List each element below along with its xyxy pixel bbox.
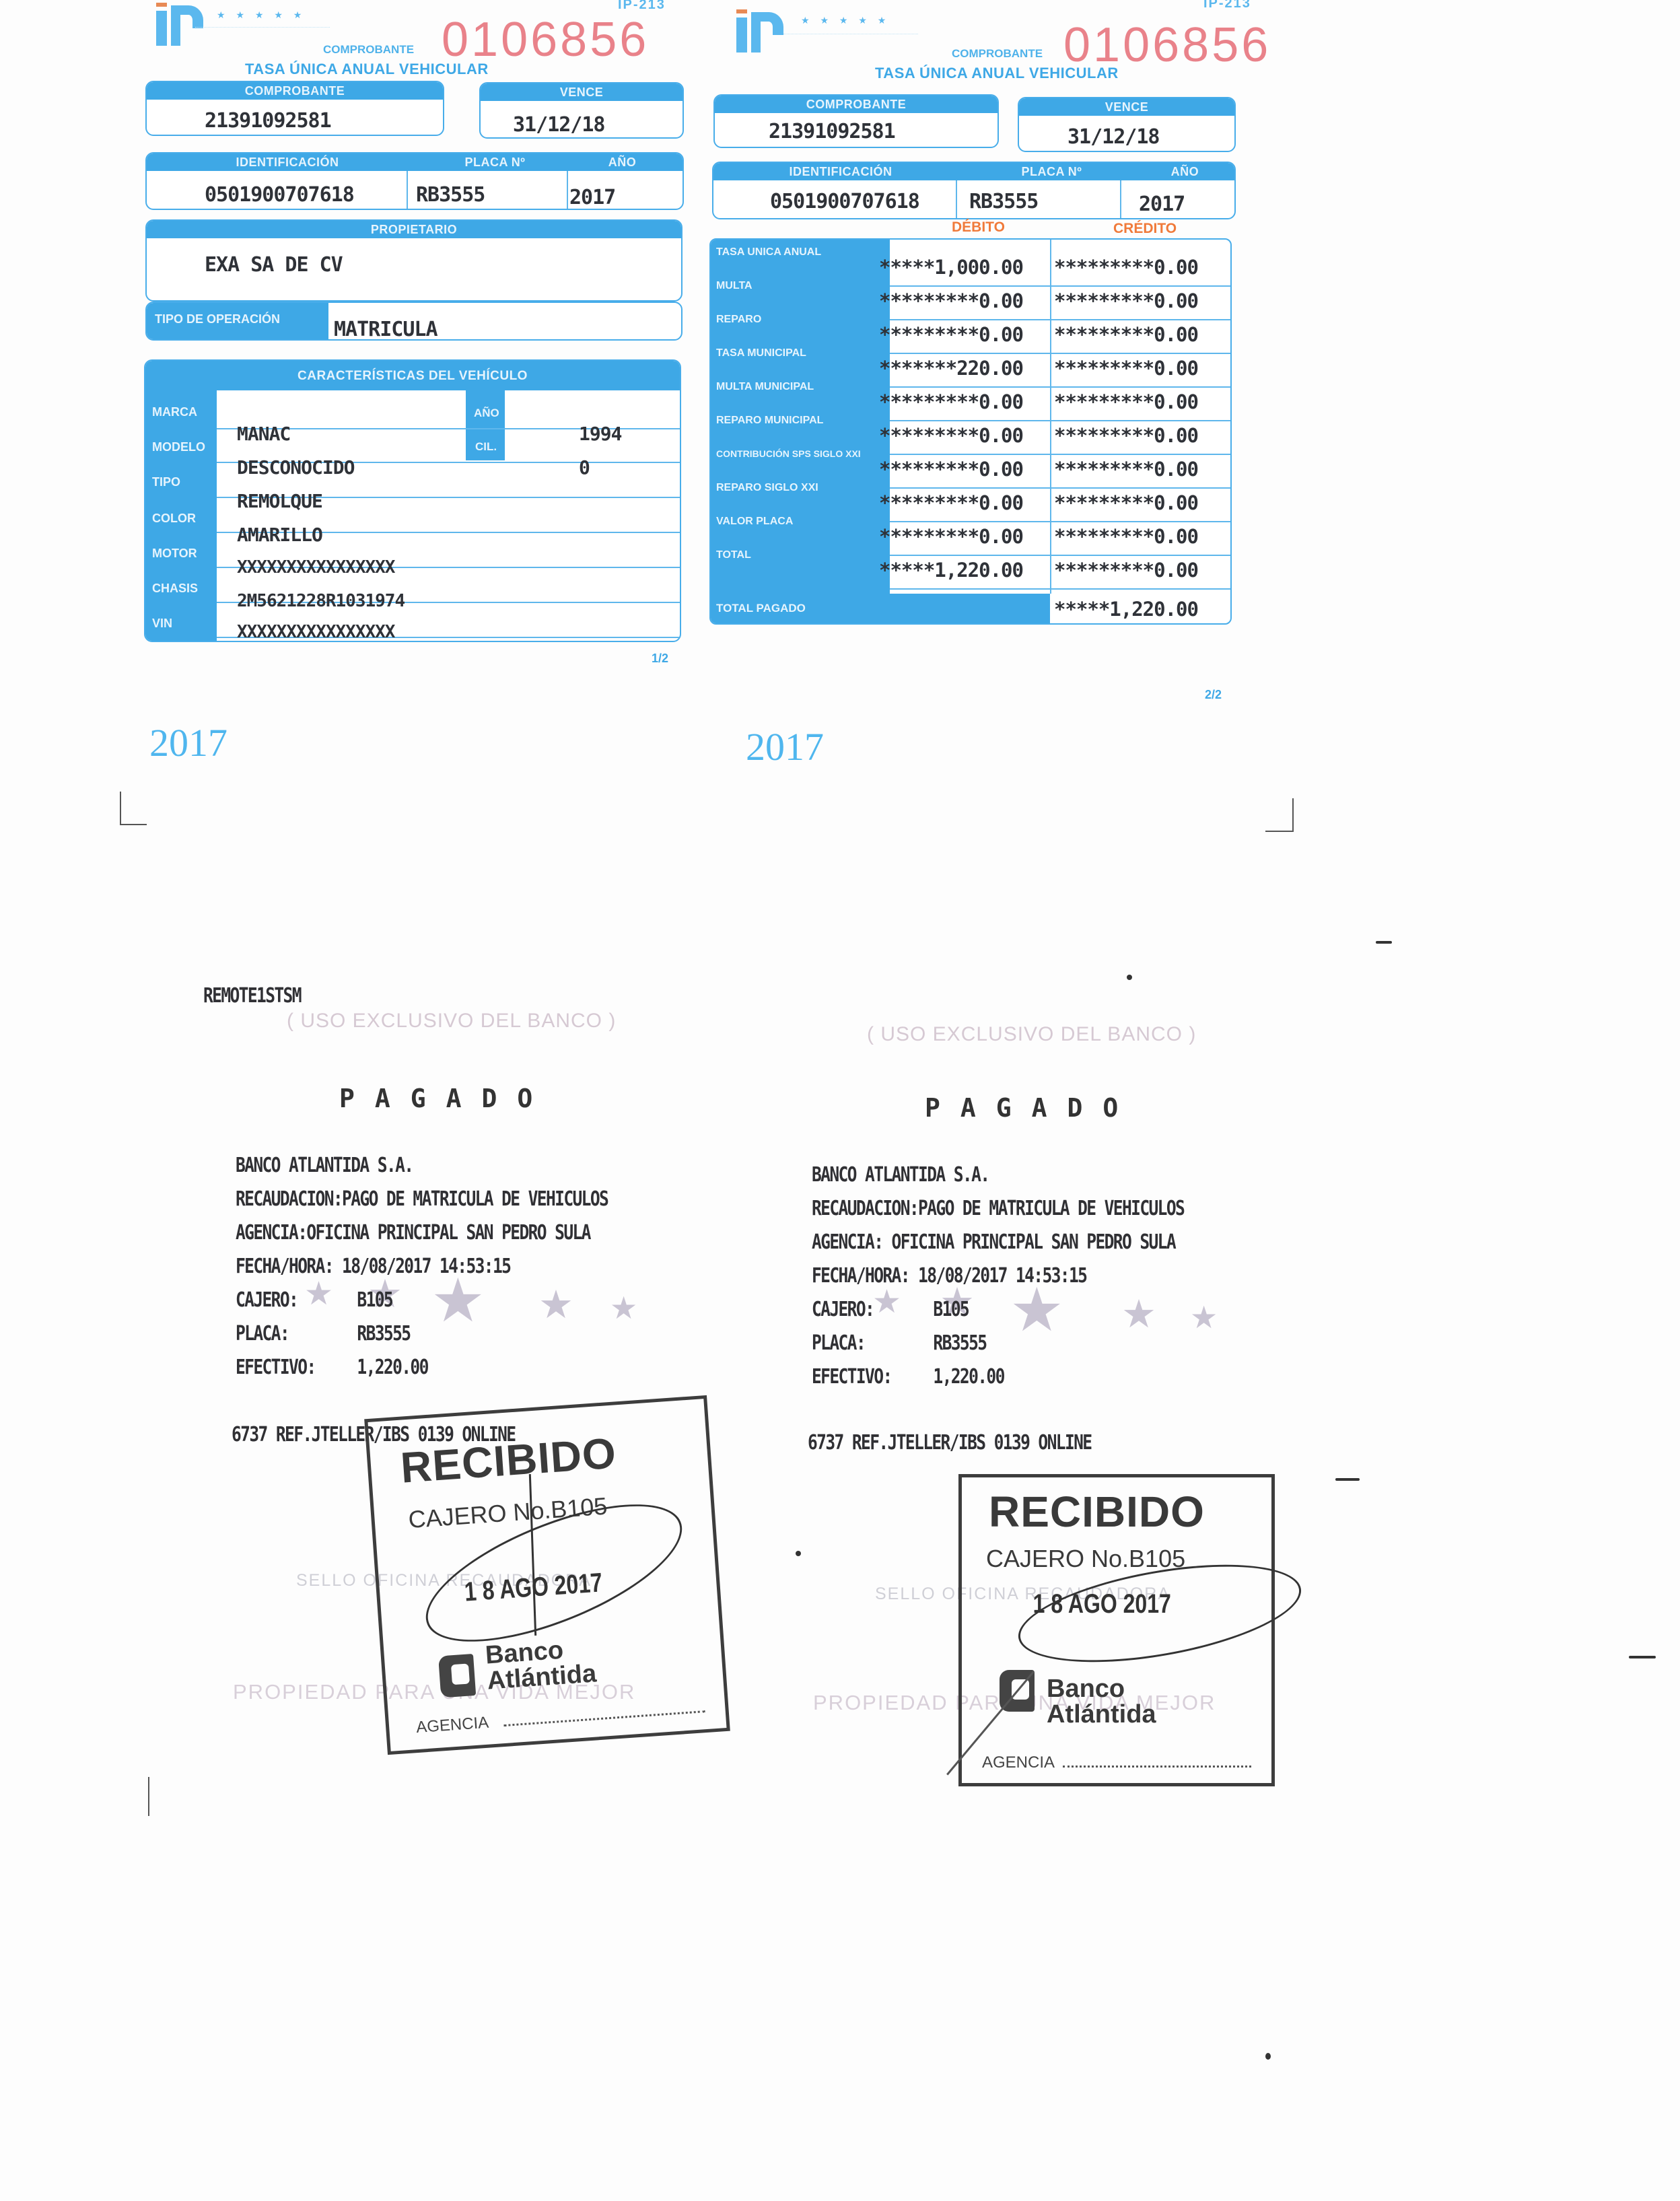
charge-debito: *********0.00 (879, 289, 1023, 312)
charge-label: MULTA (716, 280, 753, 292)
year-watermark: 2017 (149, 720, 228, 765)
credito-header: CRÉDITO (1113, 221, 1177, 237)
bank-name: BANCO ATLANTIDA S.A. (812, 1163, 989, 1187)
ip-logo (736, 9, 785, 54)
institution-name (195, 27, 330, 32)
fecha-hora-line: FECHA/HORA: 18/08/2017 14:53:15 (812, 1264, 1086, 1288)
vin-label: VIN (152, 617, 172, 631)
crop-mark (1292, 798, 1294, 832)
agencia-line: AGENCIA:OFICINA PRINCIPAL SAN PEDRO SULA (236, 1221, 590, 1245)
placa-line: PLACA:RB3555 (236, 1322, 410, 1346)
institution-name (783, 34, 918, 38)
color-value: AMARILLO (237, 524, 322, 546)
tipo-operacion-value: MATRICULA (334, 318, 438, 341)
charge-debito: *********0.00 (879, 491, 1023, 514)
motor-label: MOTOR (152, 547, 197, 561)
motor-value: XXXXXXXXXXXXXXXX (237, 557, 394, 578)
vin-value: XXXXXXXXXXXXXXXX (237, 622, 394, 642)
comprobante-box: COMPROBANTE 21391092581 (145, 81, 444, 136)
scan-speck (1265, 2053, 1271, 2060)
serial-number: 0106856 (442, 12, 649, 67)
stamp-agencia: AGENCIA (415, 1714, 489, 1737)
institution-stars: ★ ★ ★ ★ ★ (801, 15, 890, 26)
vehiculo-anio-label: AÑO (474, 407, 499, 420)
charge-label: CONTRIBUCIÓN SPS SIGLO XXI (716, 448, 861, 459)
scan-speck (1335, 1478, 1360, 1481)
charge-debito: *****1,220.00 (879, 559, 1023, 582)
stamp-cajero: CAJERO No.B105 (986, 1545, 1185, 1573)
agencia-line: AGENCIA: OFICINA PRINCIPAL SAN PEDRO SUL… (812, 1230, 1175, 1254)
anio-value: 2017 (1139, 193, 1185, 216)
charge-label: REPARO (716, 314, 761, 326)
terminal-id: REMOTE1STSM (203, 984, 301, 1008)
status-paid: PAGADO (925, 1093, 1138, 1123)
uso-exclusivo-label: ( USO EXCLUSIVO DEL BANCO ) (867, 1023, 1196, 1046)
debito-header: DÉBITO (952, 219, 1005, 236)
placa-label: PLACA Nº (428, 153, 562, 171)
charge-credito: *********0.00 (1054, 525, 1198, 548)
stamp-bank-line2: Atlántida (487, 1661, 598, 1693)
ip-logo (156, 3, 205, 47)
charge-label: TASA UNICA ANUAL (716, 246, 821, 258)
chasis-value: 2M5621228R1031974 (237, 591, 405, 611)
identificacion-label: IDENTIFICACIÓN (147, 153, 428, 171)
charge-label: MULTA MUNICIPAL (716, 381, 814, 393)
comprobante-value: 21391092581 (769, 120, 895, 143)
stamp-bank-line1: Banco (1047, 1677, 1125, 1701)
charge-label: REPARO SIGLO XXI (716, 482, 818, 494)
tipo-operacion-label: TIPO DE OPERACIÓN (147, 303, 328, 341)
scan-speck (796, 1551, 801, 1556)
vehiculo-labels: MARCA MODELO TIPO COLOR MOTOR CHASIS VIN (145, 390, 217, 642)
status-paid: PAGADO (339, 1084, 553, 1113)
propietario-box: PROPIETARIO EXA SA DE CV (145, 219, 682, 302)
page-number: 2/2 (1205, 688, 1222, 702)
form-title: TASA ÚNICA ANUAL VEHICULAR (875, 65, 1119, 82)
marca-value: MANAC (237, 423, 290, 445)
tipo-value: REMOLQUE (237, 490, 322, 512)
placa-value: RB3555 (416, 183, 485, 207)
uso-exclusivo-label: ( USO EXCLUSIVO DEL BANCO ) (287, 1010, 616, 1033)
scan-speck (1127, 975, 1132, 980)
efectivo-line: EFECTIVO:1,220.00 (236, 1356, 428, 1379)
star-icon: ★ (1121, 1291, 1156, 1337)
recaudacion-line: RECAUDACION:PAGO DE MATRICULA DE VEHICUL… (812, 1197, 1184, 1220)
charge-debito: *********0.00 (879, 323, 1023, 346)
serial-label: COMPROBANTE (323, 43, 414, 57)
charge-label: VALOR PLACA (716, 516, 793, 528)
chasis-label: CHASIS (152, 582, 198, 596)
vence-label: VENCE (1019, 98, 1234, 116)
form-code: IP-213 (618, 0, 666, 13)
marca-label: MARCA (152, 405, 197, 419)
vehiculo-box: CARACTERÍSTICAS DEL VEHÍCULO MARCA MODEL… (144, 359, 681, 642)
charge-credito: *********0.00 (1054, 458, 1198, 481)
cajero-line: CAJERO:B105 (812, 1298, 969, 1321)
vence-box: VENCE 31/12/18 (479, 82, 684, 139)
scan-speck (1376, 941, 1392, 944)
vence-value: 31/12/18 (1067, 125, 1160, 149)
charge-credito: *********0.00 (1054, 289, 1198, 312)
page-number: 1/2 (652, 652, 668, 666)
star-icon: ★ (610, 1290, 637, 1326)
anio-cil-labels: AÑO CIL. (466, 390, 505, 460)
comprobante-label: COMPROBANTE (147, 82, 443, 100)
vence-label: VENCE (481, 83, 682, 101)
anio-label: AÑO (1135, 163, 1234, 180)
charge-debito: *********0.00 (879, 458, 1023, 481)
charge-debito: *********0.00 (879, 525, 1023, 548)
star-icon: ★ (538, 1282, 573, 1327)
vehiculo-header: CARACTERÍSTICAS DEL VEHÍCULO (145, 361, 680, 390)
charge-debito: *********0.00 (879, 390, 1023, 413)
charge-debito: *******220.00 (879, 357, 1023, 380)
stamp-bank-line2: Atlántida (1047, 1702, 1156, 1726)
anio-label: AÑO (562, 153, 682, 171)
color-label: COLOR (152, 512, 196, 526)
reference-line: 6737 REF.JTELLER/IBS 0139 ONLINE (808, 1431, 1091, 1455)
identificacion-value: 0501900707618 (770, 190, 919, 213)
cajero-line: CAJERO:B105 (236, 1288, 392, 1312)
charge-credito: *********0.00 (1054, 323, 1198, 346)
charge-debito: *********0.00 (879, 424, 1023, 447)
stamp-agencia: AGENCIA (982, 1753, 1055, 1772)
banco-atlantida-logo-icon (438, 1654, 476, 1698)
star-icon: ★ (1190, 1299, 1218, 1335)
crop-mark (120, 824, 147, 825)
stamp-title: RECIBIDO (989, 1487, 1205, 1537)
total-pagado-value: *****1,220.00 (1054, 598, 1198, 621)
tipo-operacion-box: TIPO DE OPERACIÓN MATRICULA (145, 302, 682, 341)
identificacion-value: 0501900707618 (205, 183, 354, 207)
placa-value: RB3555 (969, 190, 1038, 213)
charge-credito: *********0.00 (1054, 424, 1198, 447)
year-watermark: 2017 (746, 724, 824, 769)
modelo-label: MODELO (152, 440, 205, 454)
identificacion-box: IDENTIFICACIÓN PLACA Nº AÑO 050190070761… (145, 152, 684, 210)
crop-mark (1265, 831, 1292, 832)
anio-value: 2017 (569, 186, 615, 209)
tipo-label: TIPO (152, 475, 180, 489)
identificacion-box: IDENTIFICACIÓN PLACA Nº AÑO 050190070761… (712, 162, 1236, 219)
vence-value: 31/12/18 (513, 113, 605, 137)
identificacion-label: IDENTIFICACIÓN (713, 163, 968, 180)
charge-credito: *********0.00 (1054, 491, 1198, 514)
stamp-title: RECIBIDO (399, 1428, 618, 1492)
crop-mark (120, 792, 121, 825)
efectivo-line: EFECTIVO:1,220.00 (812, 1365, 1004, 1389)
vehiculo-anio-value: 1994 (579, 423, 621, 445)
charge-label: REPARO MUNICIPAL (716, 415, 823, 427)
charge-debito: *****1,000.00 (879, 256, 1023, 279)
vehiculo-cil-label: CIL. (475, 440, 497, 454)
charge-credito: *********0.00 (1054, 390, 1198, 413)
comprobante-label: COMPROBANTE (715, 96, 998, 113)
vehiculo-cil-value: 0 (579, 456, 590, 479)
comprobante-value: 21391092581 (205, 109, 331, 133)
propietario-label: PROPIETARIO (147, 221, 681, 238)
total-pagado-label: TOTAL PAGADO (716, 602, 806, 615)
bank-name: BANCO ATLANTIDA S.A. (236, 1154, 413, 1177)
modelo-value: DESCONOCIDO (237, 456, 354, 479)
placa-label: PLACA Nº (968, 163, 1135, 180)
charge-label: TASA MUNICIPAL (716, 347, 806, 359)
form-code: IP-213 (1203, 0, 1251, 11)
charge-credito: *********0.00 (1054, 357, 1198, 380)
recaudacion-line: RECAUDACION:PAGO DE MATRICULA DE VEHICUL… (236, 1187, 608, 1211)
placa-line: PLACA:RB3555 (812, 1331, 986, 1355)
charge-credito: *********0.00 (1054, 559, 1198, 582)
charge-label: TOTAL (716, 549, 751, 561)
propietario-value: EXA SA DE CV (205, 253, 343, 277)
fecha-hora-line: FECHA/HORA: 18/08/2017 14:53:15 (236, 1255, 510, 1278)
form-title: TASA ÚNICA ANUAL VEHICULAR (245, 61, 489, 78)
charge-credito: *********0.00 (1054, 256, 1198, 279)
comprobante-box: COMPROBANTE 21391092581 (713, 94, 999, 148)
institution-stars: ★ ★ ★ ★ ★ (217, 9, 306, 21)
serial-label: COMPROBANTE (952, 47, 1043, 61)
scan-speck (1629, 1656, 1656, 1658)
crop-mark (148, 1777, 149, 1816)
vence-box: VENCE 31/12/18 (1018, 97, 1236, 152)
charges-table: TASA UNICA ANUAL*****1,000.00*********0.… (709, 238, 1232, 625)
